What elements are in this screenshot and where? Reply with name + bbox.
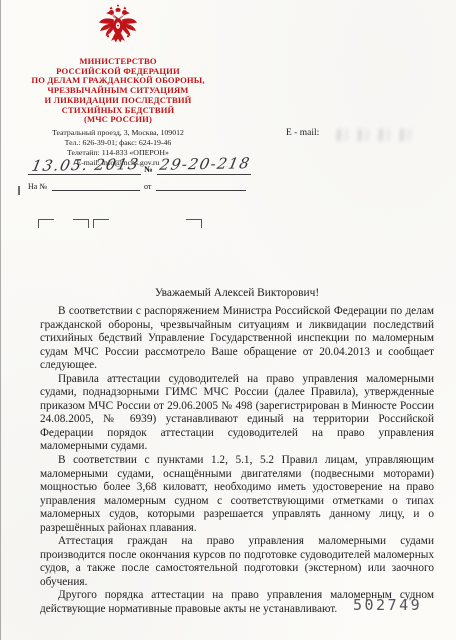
reply-date-blank [156,182,246,191]
contact-address-line: Театральный проезд, 3, Москва, 109012 [12,128,224,138]
letter-body: В соответствии с распоряжением Министра … [40,305,434,617]
coat-of-arms-eagle-icon [12,4,224,54]
salutation: Уважаемый Алексей Викторович! [40,287,434,299]
reply-from-label: от [144,182,151,191]
outgoing-reference-line: 13.05. 2013 № 29-20-218 [28,155,232,181]
ministry-name-block: МИНИСТЕРСТВО РОССИЙСКОЙ ФЕДЕРАЦИИ ПО ДЕЛ… [12,57,224,125]
redacted-email-smudge [333,129,421,141]
date-underline [28,174,141,175]
addressee-corner-mark [73,219,89,228]
body-paragraph: Правила аттестации судоводителей на прав… [40,373,434,454]
reply-reference-line: На №от [28,182,246,191]
number-underline [157,174,251,175]
scanned-letter-page: МИНИСТЕРСТВО РОССИЙСКОЙ ФЕДЕРАЦИИ ПО ДЕЛ… [0,0,456,640]
scan-edge-artifact [0,0,1,640]
reply-number-blank [52,182,140,191]
number-sign-label: № [144,164,153,174]
body-paragraph: В соответствии с распоряжением Министра … [40,305,434,373]
letterhead: МИНИСТЕРСТВО РОССИЙСКОЙ ФЕДЕРАЦИИ ПО ДЕЛ… [12,4,224,168]
ministry-name-line: (МЧС РОССИИ) [12,115,224,125]
body-paragraph: Аттестация граждан на право управления м… [40,535,434,589]
reply-label: На № [28,182,47,191]
handwritten-outgoing-number: 29-20-218 [158,154,252,174]
registration-stamp-number: 502749 [353,596,422,614]
addressee-corner-mark [93,219,109,228]
handwritten-date: 13.05. 2013 [30,155,141,175]
body-paragraph: В соответствии с пунктами 1.2, 5.1, 5.2 … [40,454,434,535]
scan-speck-artifact [18,186,20,195]
contact-phone-line: Тел.: 626-39-01; факс: 624-19-46 [12,138,224,148]
addressee-corner-mark [186,219,202,228]
addressee-corner-mark [38,219,54,228]
recipient-email-label: E - mail: [286,128,319,138]
